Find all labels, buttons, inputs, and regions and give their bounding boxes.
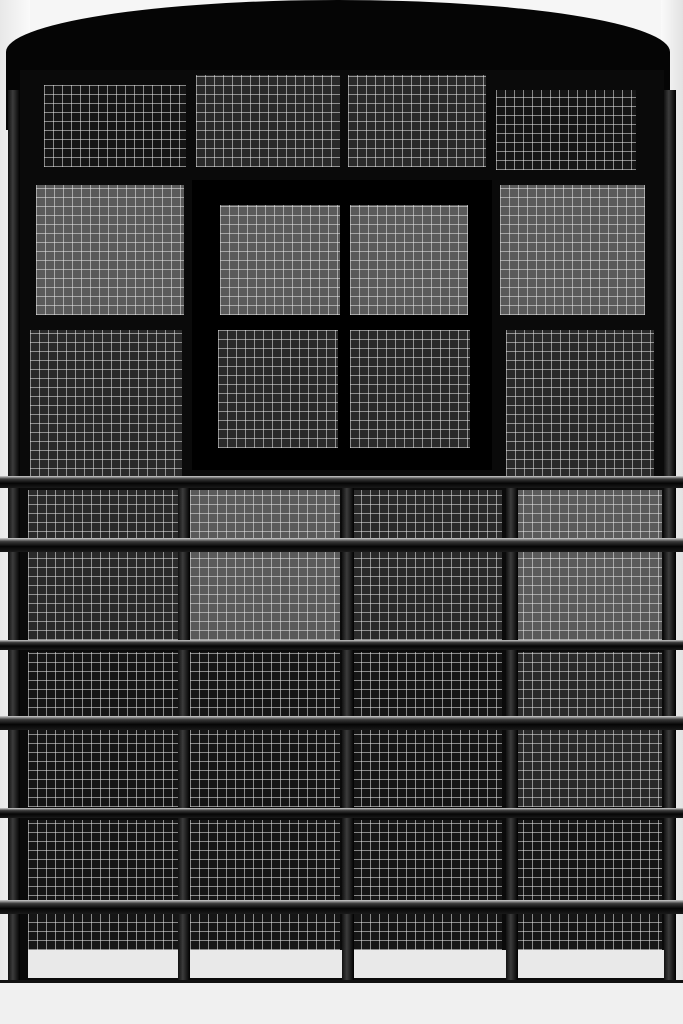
pane: [28, 490, 178, 640]
mullion-rail: [0, 640, 683, 650]
pane: [28, 820, 178, 950]
photo-scene: [0, 0, 683, 1024]
pane: [196, 75, 340, 167]
pane: [190, 820, 340, 950]
pane: [514, 490, 662, 640]
pane: [218, 330, 338, 448]
pane: [36, 185, 184, 315]
pane: [496, 90, 636, 170]
horizontal-bar: [0, 538, 683, 552]
pane: [506, 330, 654, 478]
pane: [220, 205, 340, 315]
pane: [350, 330, 470, 448]
pane: [30, 330, 182, 478]
mullion-rail: [0, 808, 683, 818]
pane: [350, 205, 468, 315]
pane: [514, 820, 662, 950]
pane: [348, 75, 486, 167]
pane: [352, 490, 502, 640]
mullion-rail: [0, 476, 683, 488]
window-sill: [0, 980, 683, 1024]
pane: [190, 490, 340, 640]
pane: [352, 820, 502, 950]
pane: [500, 185, 645, 315]
horizontal-bar: [0, 900, 683, 914]
pane: [44, 85, 186, 167]
horizontal-bar: [0, 716, 683, 730]
